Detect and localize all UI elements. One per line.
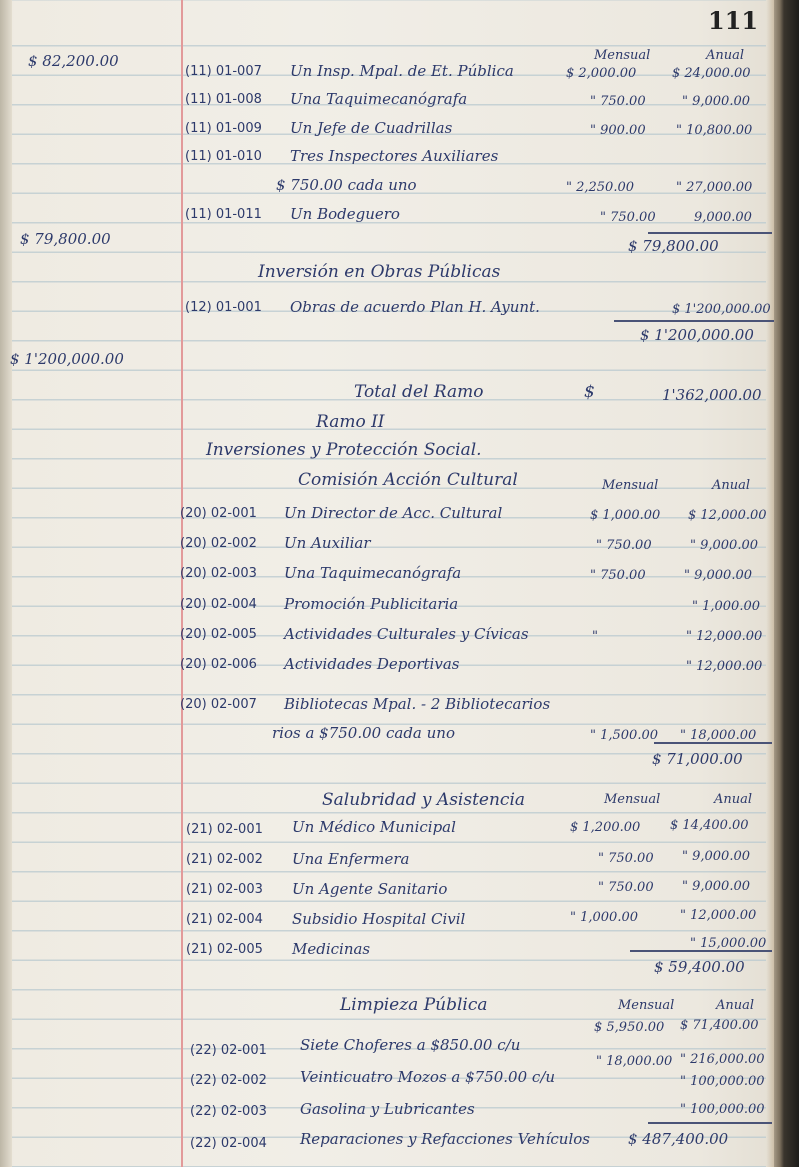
entry-code: (20) 02-007 [180,697,257,712]
section-subtotal: $ 79,800.00 [628,237,719,255]
ledger-page: 111 $ 82,200.00 $ 79,800.00 $ 1'200,000.… [0,0,774,1167]
entry-annual: " 1,000.00 [692,599,760,614]
subtotal-rule [614,320,774,322]
entry-code: (20) 02-006 [180,657,257,672]
entry-code: (21) 02-002 [186,852,263,867]
entry-description: Tres Inspectores Auxiliares [290,147,498,165]
entry-code: (22) 02-004 [190,1136,267,1151]
entry-annual: " 9,000.00 [682,879,750,894]
entry-monthly: " 2,250.00 [566,180,634,195]
section-title: Inversión en Obras Públicas [258,262,500,282]
entry-annual: 9,000.00 [694,210,752,225]
ramo-total-label: Total del Ramo [354,382,484,402]
left-margin-total: $ 82,200.00 [28,52,119,70]
entry-monthly: " 750.00 [600,210,656,225]
entry-monthly: " 750.00 [598,880,654,895]
entry-annual: " 9,000.00 [684,568,752,583]
entry-code: (21) 02-003 [186,882,263,897]
section-title: Limpieza Pública [340,995,488,1015]
page-number: 111 [708,6,758,35]
entry-monthly: " 750.00 [596,538,652,553]
entry-annual: $ 1'200,000.00 [672,302,771,317]
entry-annual: " 27,000.00 [676,180,752,195]
entry-annual: " 216,000.00 [680,1052,765,1067]
entry-description: Veinticuatro Mozos a $750.00 c/u [300,1068,555,1086]
entry-description: Siete Choferes a $850.00 c/u [300,1036,520,1054]
entry-description: Actividades Deportivas [284,655,459,673]
ramo-total-value: 1'362,000.00 [662,386,762,404]
entry-annual: $ 71,400.00 [680,1018,759,1033]
entry-description: Un Insp. Mpal. de Et. Pública [290,62,514,80]
section-subtotal: $ 1'200,000.00 [640,326,754,344]
entry-monthly: $ 2,000.00 [566,66,636,81]
entry-annual: " 10,800.00 [676,123,752,138]
entry-code: (20) 02-004 [180,597,257,612]
column-header-monthly: Mensual [618,998,674,1013]
subtotal-rule [630,950,772,952]
entry-code: (11) 01-010 [185,149,262,164]
entry-description: Un Bodeguero [290,205,400,223]
entry-description: Un Agente Sanitario [292,880,447,898]
entry-description: Bibliotecas Mpal. - 2 Bibliotecarios [284,695,550,713]
book-cover-edge [774,0,799,1167]
entry-annual: " 15,000.00 [690,936,766,951]
section-subtotal: $ 487,400.00 [628,1130,728,1148]
binding-fold [0,0,12,1167]
column-header-annual: Anual [712,478,750,493]
margin-line [181,0,183,1167]
entry-annual: " 9,000.00 [682,849,750,864]
entry-annual: " 12,000.00 [680,908,756,923]
section-subtotal: $ 71,000.00 [652,750,743,768]
entry-monthly: " 1,000.00 [570,910,638,925]
entry-monthly: $ 1,200.00 [570,820,640,835]
entry-annual: " 12,000.00 [686,659,762,674]
entry-monthly: " 750.00 [590,568,646,583]
entry-code: (21) 02-004 [186,912,263,927]
entry-description: $ 750.00 cada uno [276,176,417,194]
entry-monthly: " 750.00 [598,851,654,866]
entry-annual: " 100,000.00 [680,1074,765,1089]
entry-description: Un Director de Acc. Cultural [284,504,502,522]
entry-annual: " 9,000.00 [690,538,758,553]
entry-code: (20) 02-005 [180,627,257,642]
entry-description: Obras de acuerdo Plan H. Ayunt. [290,298,540,316]
entry-description: Un Jefe de Cuadrillas [290,119,452,137]
section-title: Comisión Acción Cultural [298,470,518,490]
entry-annual: " 12,000.00 [686,629,762,644]
entry-monthly: " 1,500.00 [590,728,658,743]
column-header-monthly: Mensual [602,478,658,493]
entry-description: Actividades Culturales y Cívicas [284,625,529,643]
entry-monthly: " 750.00 [590,94,646,109]
subtotal-rule [648,232,772,234]
ramo-title: Ramo II [316,412,385,432]
subtotal-rule [654,742,772,744]
entry-monthly: " 18,000.00 [596,1054,672,1069]
page-edge [766,0,774,1167]
entry-description: Reparaciones y Refacciones Vehículos [300,1130,590,1148]
entry-description: Un Médico Municipal [292,818,456,836]
entry-description: Una Enfermera [292,850,409,868]
entry-code: (22) 02-002 [190,1073,267,1088]
entry-monthly: $ 5,950.00 [594,1020,664,1035]
column-header-annual: Anual [716,998,754,1013]
column-header-annual: Anual [714,792,752,807]
section-title: Salubridad y Asistencia [322,790,525,810]
entry-description: Una Taquimecanógrafa [284,564,461,582]
entry-description: rios a $750.00 cada uno [272,724,455,742]
entry-annual: $ 12,000.00 [688,508,767,523]
entry-description: Promoción Publicitaria [284,595,458,613]
entry-code: (20) 02-002 [180,536,257,551]
entry-description: Subsidio Hospital Civil [292,910,465,928]
entry-code: (21) 02-005 [186,942,263,957]
entry-annual: $ 24,000.00 [672,66,751,81]
entry-code: (20) 02-001 [180,506,257,521]
entry-code: (11) 01-007 [185,64,262,79]
entry-code: (11) 01-008 [185,92,262,107]
entry-code: (21) 02-001 [186,822,263,837]
entry-code: (22) 02-003 [190,1104,267,1119]
entry-code: (20) 02-003 [180,566,257,581]
entry-code: (11) 01-009 [185,121,262,136]
ramo-total-symbol: $ [584,382,595,402]
left-margin-total: $ 79,800.00 [20,230,111,248]
entry-description: Un Auxiliar [284,534,371,552]
entry-code: (12) 01-001 [185,300,262,315]
entry-annual: " 9,000.00 [682,94,750,109]
entry-code: (22) 02-001 [190,1043,267,1058]
entry-code: (11) 01-011 [185,207,262,222]
ramo-subtitle: Inversiones y Protección Social. [206,440,482,460]
entry-annual: " 18,000.00 [680,728,756,743]
column-header-monthly: Mensual [594,48,650,63]
left-margin-total: $ 1'200,000.00 [10,350,124,368]
entry-monthly: " 900.00 [590,123,646,138]
entry-annual: $ 14,400.00 [670,818,749,833]
entry-description: Gasolina y Lubricantes [300,1100,475,1118]
section-subtotal: $ 59,400.00 [654,958,745,976]
entry-monthly: $ 1,000.00 [590,508,660,523]
entry-description: Medicinas [292,940,370,958]
subtotal-rule [648,1122,772,1124]
entry-description: Una Taquimecanógrafa [290,90,467,108]
column-header-monthly: Mensual [604,792,660,807]
entry-annual: " 100,000.00 [680,1102,765,1117]
column-header-annual: Anual [706,48,744,63]
entry-monthly: " [592,629,598,644]
